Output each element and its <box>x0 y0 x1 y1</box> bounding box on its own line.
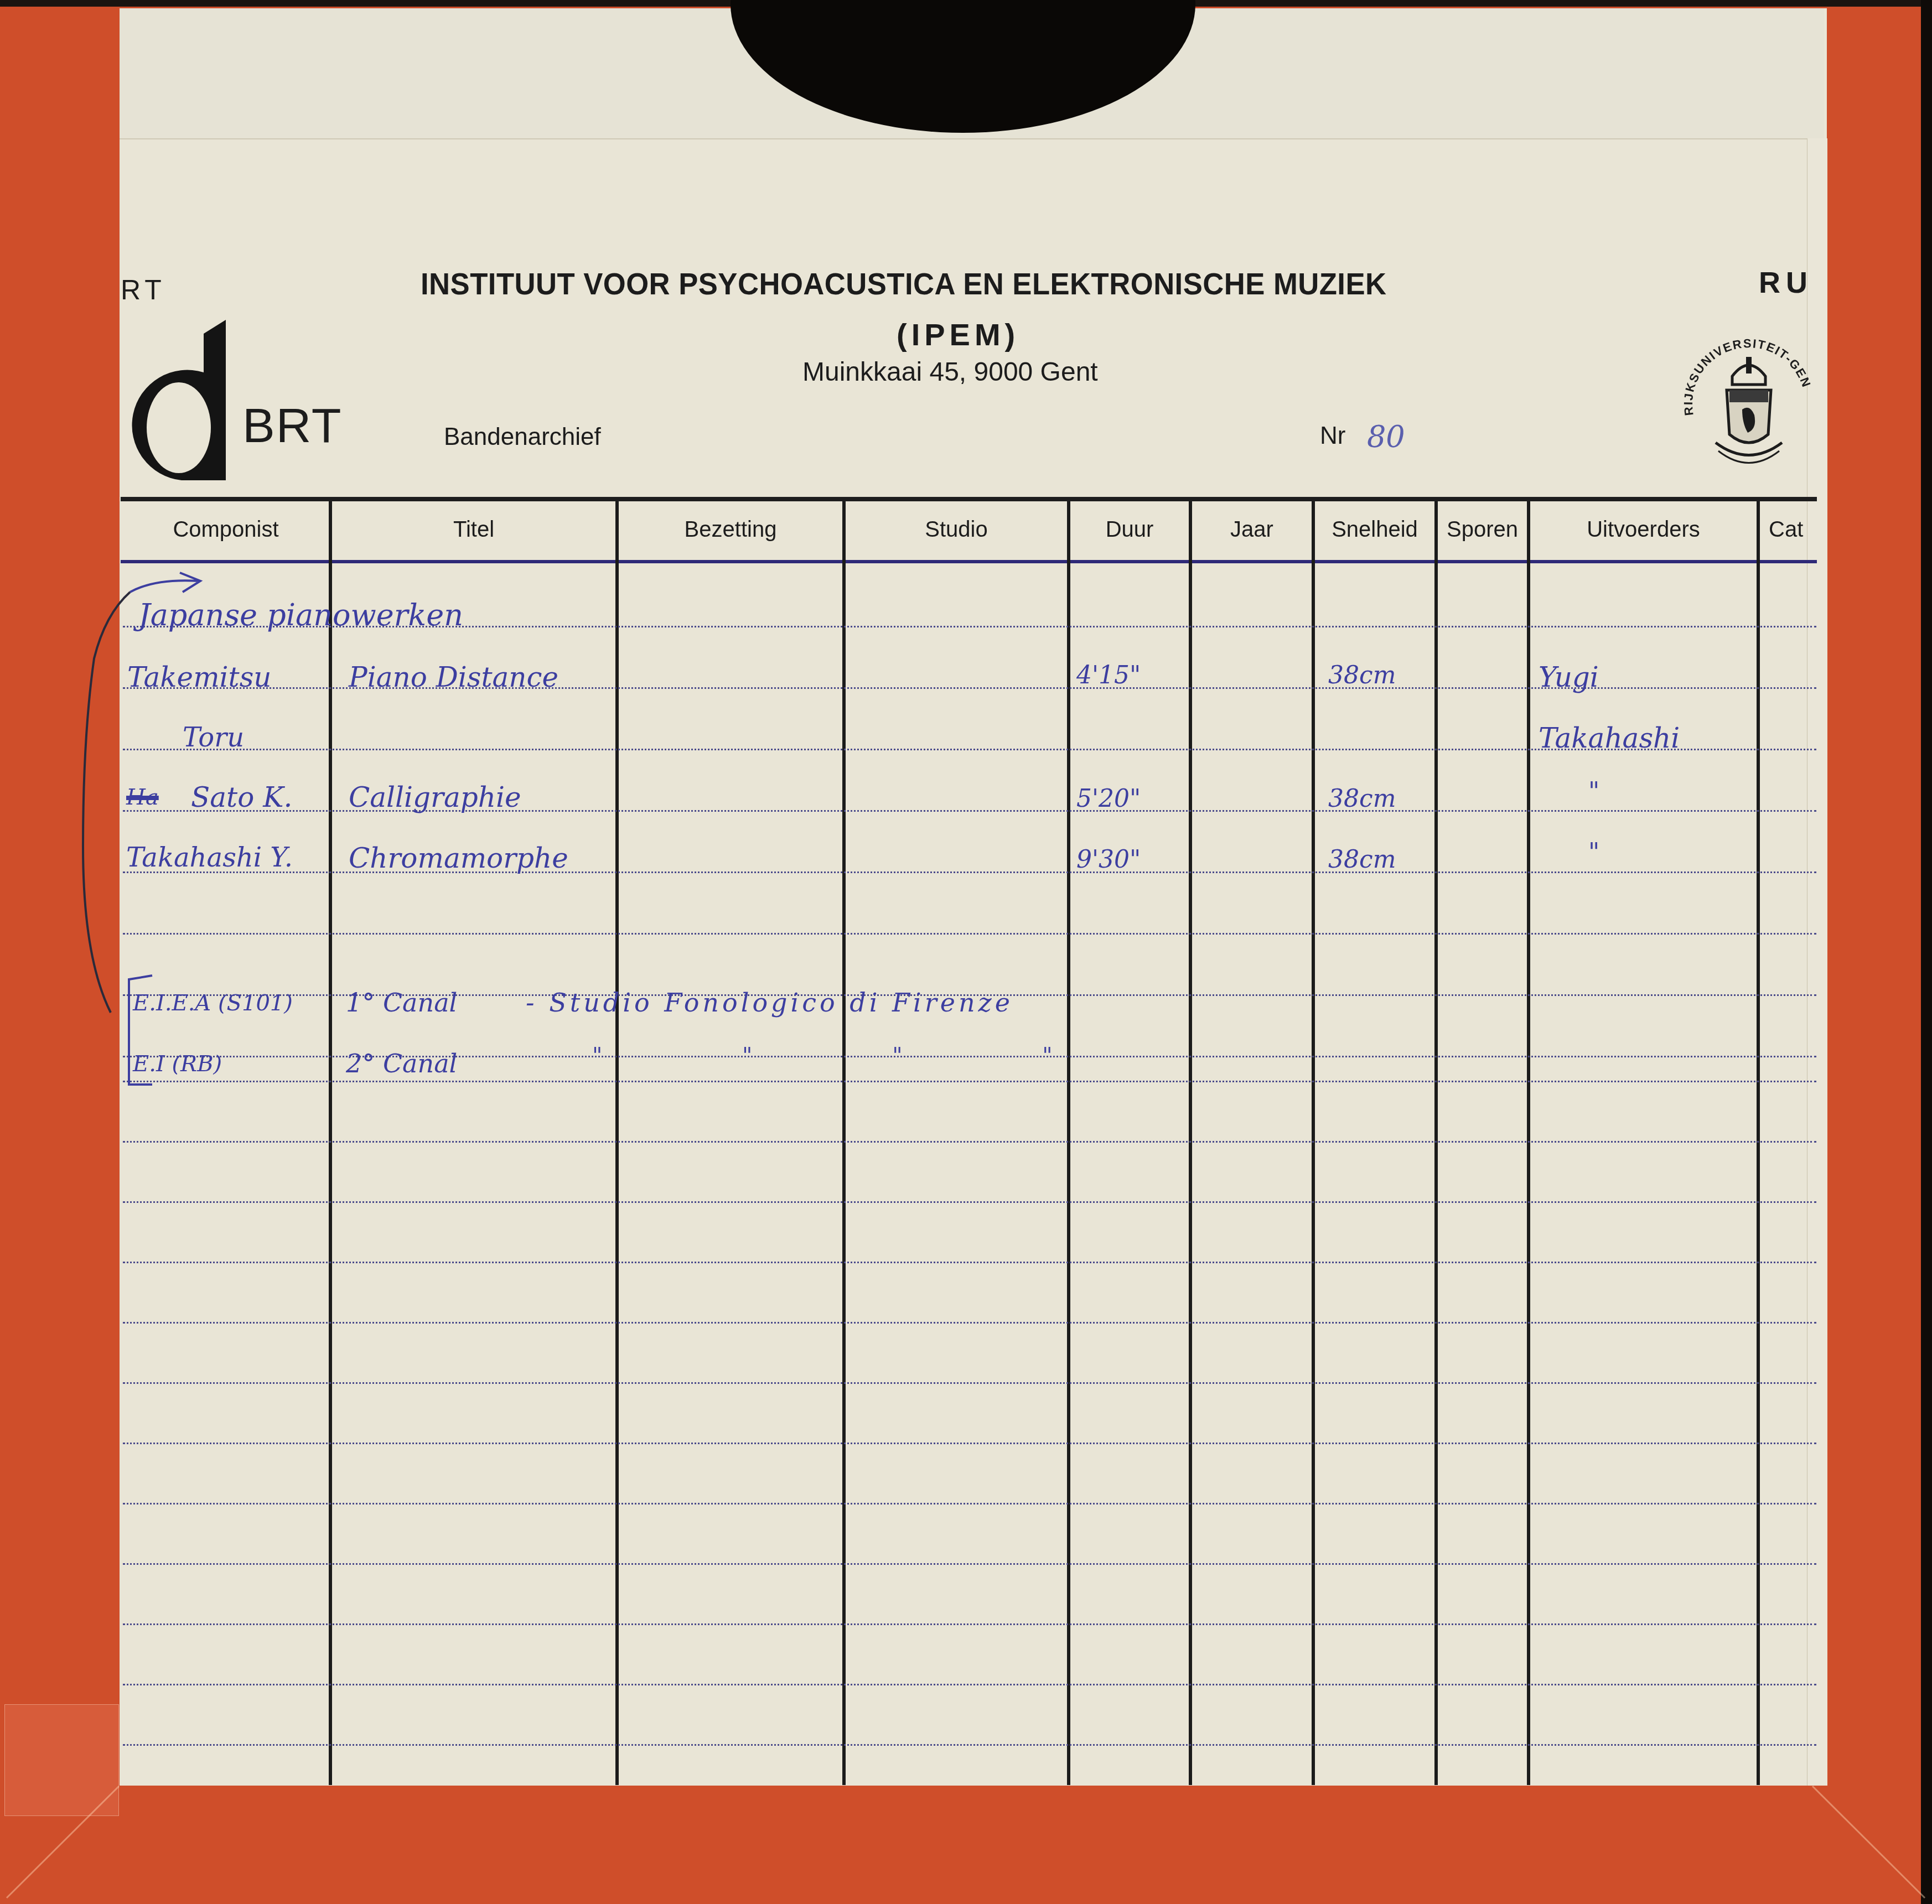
cell-titel: Calligraphie <box>349 781 521 813</box>
column-divider <box>1527 501 1530 1785</box>
row-line <box>123 1503 1816 1504</box>
row-line <box>123 1081 1816 1082</box>
brt-logo-text: BRT <box>242 397 342 454</box>
cell-componist: Sato K. <box>191 781 292 813</box>
cell-titel: Chromamorphe <box>349 842 568 874</box>
column-header-sporen: Sporen <box>1438 517 1527 542</box>
column-divider <box>615 501 619 1785</box>
column-header-jaar: Jaar <box>1192 517 1312 542</box>
column-header-titel: Titel <box>332 517 615 542</box>
cell-uitvoerders: " <box>1588 838 1599 867</box>
row-line <box>123 1201 1816 1203</box>
cell-titel: Piano Distance <box>349 661 558 693</box>
left-mark: RT <box>121 274 166 306</box>
row-line <box>123 1744 1816 1746</box>
cell-duur: 5'20" <box>1076 785 1141 813</box>
cell-componist: E.I.E.A (S101) <box>133 990 293 1016</box>
column-divider <box>1189 501 1192 1785</box>
cell-componist: E.I (RB) <box>133 1051 222 1077</box>
number-label: Nr <box>1320 422 1345 450</box>
cell-uitvoerders: Takahashi <box>1539 722 1680 754</box>
cell-ditto-marks: " " " " <box>592 1043 1119 1068</box>
column-header-bezetting: Bezetting <box>619 517 842 542</box>
column-header-studio: Studio <box>846 517 1067 542</box>
number-value: 80 <box>1367 419 1405 454</box>
right-mark: RU <box>1759 266 1813 300</box>
cell-titel: 2° Canal <box>346 1049 457 1078</box>
row-line <box>123 1563 1816 1565</box>
column-divider <box>1312 501 1315 1785</box>
crossed-out-text: Ha <box>126 785 159 810</box>
row-line <box>123 1382 1816 1384</box>
row-line <box>123 1141 1816 1143</box>
archive-label: Bandenarchief <box>444 423 601 451</box>
column-header-cat: Cat <box>1769 517 1813 542</box>
cell-titel: 1° Canal <box>346 988 457 1018</box>
cell-snelheid: 38cm <box>1328 845 1396 874</box>
row-line <box>123 1443 1816 1444</box>
row-line <box>123 1322 1816 1324</box>
university-seal-icon: RIJKSUNIVERSITEIT-GENT <box>1677 332 1821 476</box>
row-line <box>123 1262 1816 1263</box>
column-divider <box>1434 501 1438 1785</box>
brt-logo-icon <box>121 320 226 480</box>
column-header-uitvoerders: Uitvoerders <box>1530 517 1757 542</box>
row-line <box>123 933 1816 935</box>
cell-uitvoerders: Yugi <box>1539 661 1599 693</box>
header-bottom-rule <box>121 560 1817 563</box>
cell-uitvoerders: " <box>1588 777 1599 806</box>
row-line <box>123 1684 1816 1685</box>
column-header-componist: Componist <box>123 517 329 542</box>
header-top-rule <box>121 497 1817 501</box>
column-divider <box>1067 501 1070 1785</box>
institute-address: Muinkkaai 45, 9000 Gent <box>802 357 1098 387</box>
row-line <box>123 1623 1816 1625</box>
column-header-duur: Duur <box>1070 517 1189 542</box>
cell-componist: Takahashi Y. <box>126 842 293 873</box>
cell-snelheid: 38cm <box>1328 661 1396 689</box>
institute-title: INSTITUUT VOOR PSYCHOACUSTICA EN ELEKTRO… <box>421 266 1387 302</box>
cell-snelheid: 38cm <box>1328 785 1396 813</box>
column-divider <box>842 501 846 1785</box>
cell-componist: Takemitsu <box>127 661 272 693</box>
institute-abbreviation: (IPEM) <box>897 317 1019 352</box>
cell-duur: 4'15" <box>1076 661 1141 689</box>
cell-studio-note: - Studio Fonologico di Firenze <box>526 988 1013 1018</box>
cell-componist: Japanse pianowerken <box>138 598 463 632</box>
cell-duur: 9'30" <box>1076 845 1141 874</box>
column-header-snelheid: Snelheid <box>1315 517 1434 542</box>
column-divider <box>1757 501 1760 1785</box>
cell-componist: Toru <box>183 722 244 753</box>
column-divider <box>329 501 332 1785</box>
